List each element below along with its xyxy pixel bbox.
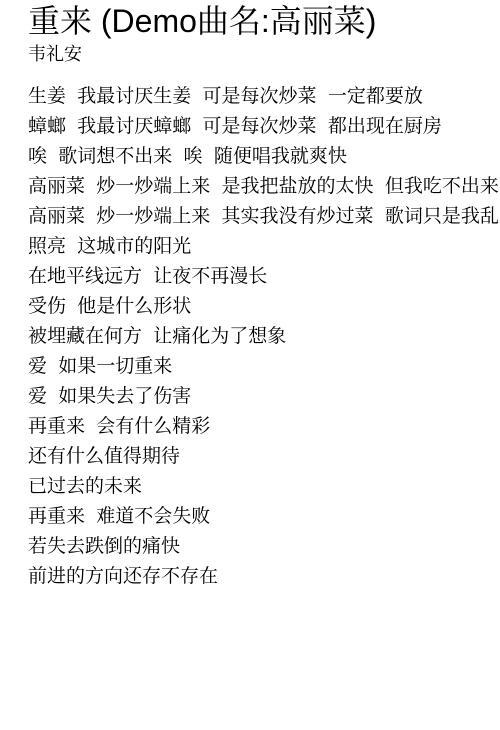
lyric-line: 再重来 会有什么精彩 <box>28 412 500 442</box>
lyric-line: 已过去的未来 <box>28 472 500 502</box>
artist-name: 韦礼安 <box>28 42 500 66</box>
lyric-line: 还有什么值得期待 <box>28 442 500 472</box>
lyric-line: 照亮 这城市的阳光 <box>28 232 500 262</box>
lyric-line: 受伤 他是什么形状 <box>28 292 500 322</box>
lyric-line: 生姜 我最讨厌生姜 可是每次炒菜 一定都要放 <box>28 82 500 112</box>
lyric-line: 在地平线远方 让夜不再漫长 <box>28 262 500 292</box>
lyric-line: 爱 如果一切重来 <box>28 352 500 382</box>
song-title: 重来 (Demo曲名:高丽菜) <box>28 2 500 40</box>
lyric-line: 唉 歌词想不出来 唉 随便唱我就爽快 <box>28 142 500 172</box>
lyric-line: 被埋藏在何方 让痛化为了想象 <box>28 322 500 352</box>
lyric-line: 若失去跌倒的痛快 <box>28 532 500 562</box>
lyrics-body: 生姜 我最讨厌生姜 可是每次炒菜 一定都要放蟑螂 我最讨厌蟑螂 可是每次炒菜 都… <box>28 82 500 592</box>
lyric-line: 再重来 难道不会失败 <box>28 502 500 532</box>
lyrics-page: 重来 (Demo曲名:高丽菜) 韦礼安 生姜 我最讨厌生姜 可是每次炒菜 一定都… <box>0 0 500 592</box>
lyric-line: 高丽菜 炒一炒端上来 其实我没有炒过菜 歌词只是我乱 <box>28 202 500 232</box>
lyric-line: 前进的方向还存不存在 <box>28 562 500 592</box>
lyric-line: 高丽菜 炒一炒端上来 是我把盐放的太快 但我吃不出来 <box>28 172 500 202</box>
lyric-line: 蟑螂 我最讨厌蟑螂 可是每次炒菜 都出现在厨房 <box>28 112 500 142</box>
lyric-line: 爱 如果失去了伤害 <box>28 382 500 412</box>
